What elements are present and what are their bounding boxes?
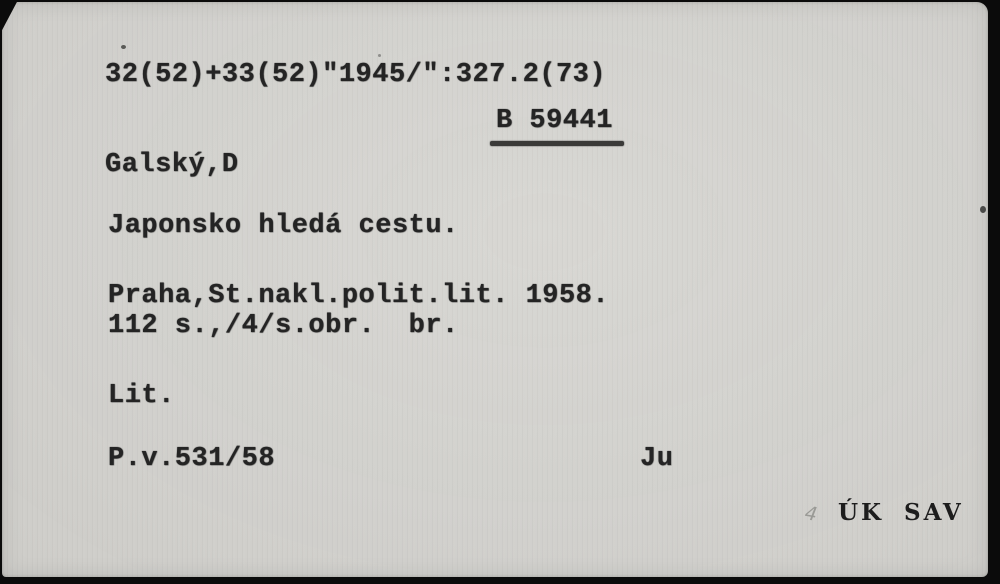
pencil-mark: 4: [803, 502, 819, 526]
bibliography-note-line: Lit.: [108, 381, 175, 411]
paper-speck: [378, 54, 381, 57]
cataloguer-initials: Ju: [640, 444, 673, 474]
call-number-block: B 59441: [496, 106, 613, 136]
library-stamp: ÚK SAV: [838, 499, 964, 526]
classification-line: 32(52)+33(52)"1945/":327.2(73): [105, 60, 606, 90]
call-number-underline: [490, 141, 624, 146]
title-line: Japonsko hledá cestu.: [108, 211, 459, 241]
accession-number: P.v.531/58: [108, 444, 275, 474]
imprint-line: Praha,St.nakl.polit.lit. 1958.: [108, 281, 609, 311]
call-number: B 59441: [496, 106, 613, 136]
scanner-background: 32(52)+33(52)"1945/":327.2(73) B 59441 G…: [0, 0, 1000, 584]
paper-speck: [121, 45, 126, 49]
paper-speck: [980, 206, 986, 213]
catalog-card: 32(52)+33(52)"1945/":327.2(73) B 59441 G…: [2, 2, 988, 577]
collation-line: 112 s.,/4/s.obr. br.: [108, 311, 459, 341]
author-line: Galský,D: [105, 150, 239, 180]
